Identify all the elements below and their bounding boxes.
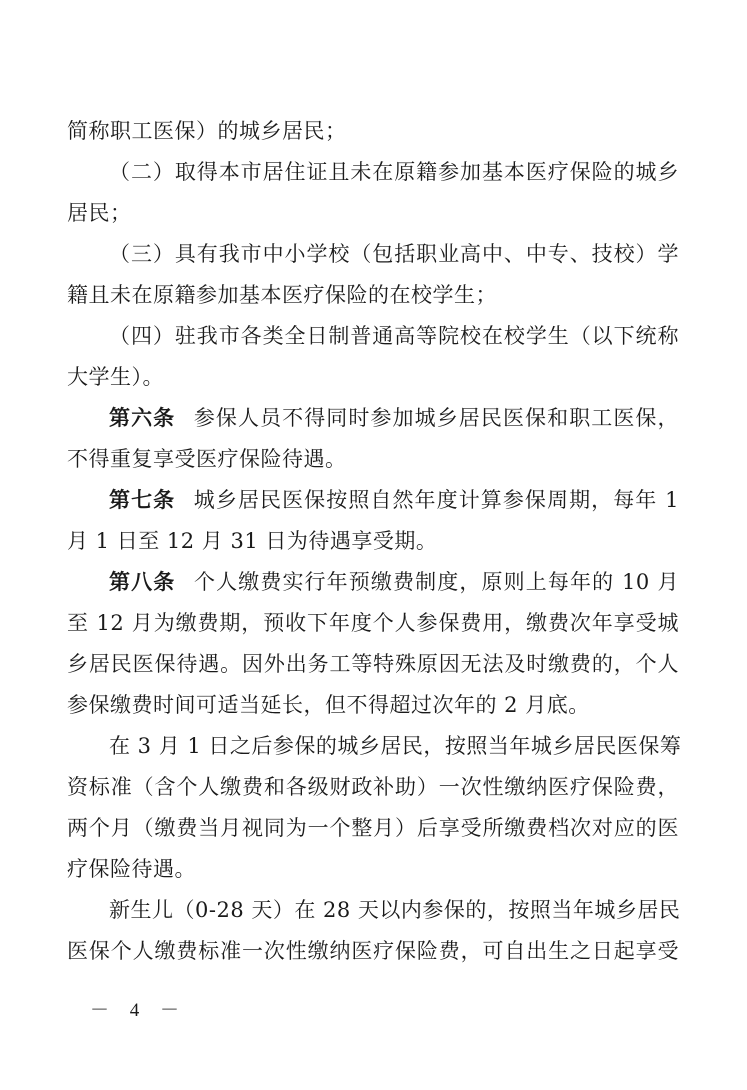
article-text: 参保人员不得同时参加城乡居民医保和职工医保， <box>193 406 679 430</box>
article-7-line: 第七条城乡居民医保按照自然年度计算参保周期，每年 1 <box>67 480 679 521</box>
text-line: 医保个人缴费标准一次性缴纳医疗保险费，可自出生之日起享受 <box>67 931 679 972</box>
page-number: － 4 － <box>90 995 187 1022</box>
text-line: 在 3 月 1 日之后参保的城乡居民，按照当年城乡居民医保筹 <box>67 726 679 767</box>
text-line: 新生儿（0-28 天）在 28 天以内参保的，按照当年城乡居民 <box>67 890 679 931</box>
text-line: 参保缴费时间可适当延长，但不得超过次年的 2 月底。 <box>67 685 679 726</box>
text-line: 月 1 日至 12 月 31 日为待遇享受期。 <box>67 521 679 562</box>
text-line: 疗保险待遇。 <box>67 849 679 890</box>
article-heading: 第六条 <box>109 406 175 430</box>
text-line: 简称职工医保）的城乡居民； <box>67 111 679 152</box>
text-line: （四）驻我市各类全日制普通高等院校在校学生（以下统称 <box>67 316 679 357</box>
article-heading: 第八条 <box>109 570 175 594</box>
document-page: 简称职工医保）的城乡居民； （二）取得本市居住证且未在原籍参加基本医疗保险的城乡… <box>67 111 679 972</box>
text-line: 籍且未在原籍参加基本医疗保险的在校学生； <box>67 275 679 316</box>
text-line: （三）具有我市中小学校（包括职业高中、中专、技校）学 <box>67 234 679 275</box>
article-6-line: 第六条参保人员不得同时参加城乡居民医保和职工医保， <box>67 398 679 439</box>
text-line: 至 12 月为缴费期，预收下年度个人参保费用，缴费次年享受城 <box>67 603 679 644</box>
text-line: 两个月（缴费当月视同为一个整月）后享受所缴费档次对应的医 <box>67 808 679 849</box>
article-text: 个人缴费实行年预缴费制度，原则上每年的 10 月 <box>193 570 679 594</box>
text-line: （二）取得本市居住证且未在原籍参加基本医疗保险的城乡 <box>67 152 679 193</box>
text-line: 乡居民医保待遇。因外出务工等特殊原因无法及时缴费的，个人 <box>67 644 679 685</box>
text-line: 不得重复享受医疗保险待遇。 <box>67 439 679 480</box>
text-line: 大学生）。 <box>67 357 679 398</box>
article-text: 城乡居民医保按照自然年度计算参保周期，每年 1 <box>193 488 679 512</box>
article-8-line: 第八条个人缴费实行年预缴费制度，原则上每年的 10 月 <box>67 562 679 603</box>
text-line: 资标准（含个人缴费和各级财政补助）一次性缴纳医疗保险费， <box>67 767 679 808</box>
text-line: 居民； <box>67 193 679 234</box>
article-heading: 第七条 <box>109 488 175 512</box>
